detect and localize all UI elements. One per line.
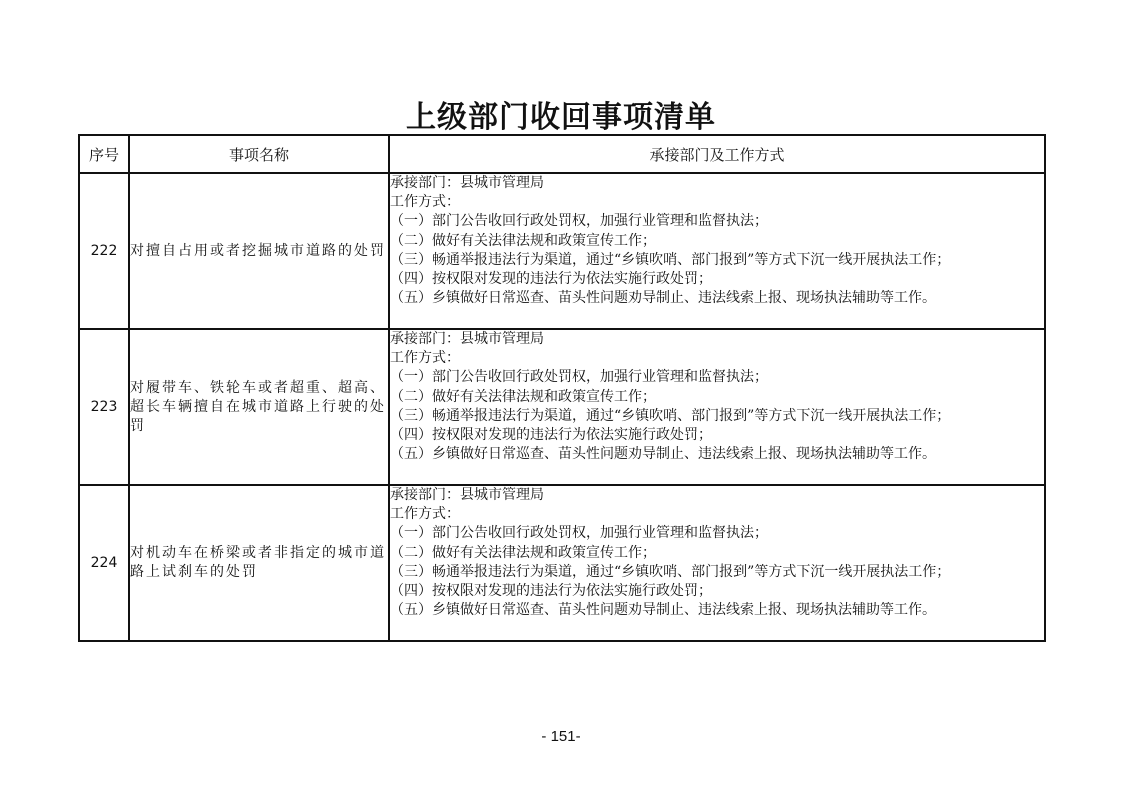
detail-item: （四）按权限对发现的违法行为依法实施行政处罚； — [390, 426, 1044, 445]
header-index: 序号 — [79, 135, 129, 173]
row-index: 224 — [79, 485, 129, 641]
detail-item: （二）做好有关法律法规和政策宣传工作； — [390, 388, 1044, 407]
table-row: 222 对擅自占用或者挖掘城市道路的处罚 承接部门：县城市管理局 工作方式： （… — [79, 173, 1045, 329]
row-name: 对履带车、铁轮车或者超重、超高、超长车辆擅自在城市道路上行驶的处罚 — [129, 329, 389, 485]
table-row: 224 对机动车在桥梁或者非指定的城市道路上试刹车的处罚 承接部门：县城市管理局… — [79, 485, 1045, 641]
header-name: 事项名称 — [129, 135, 389, 173]
detail-item: （二）做好有关法律法规和政策宣传工作； — [390, 544, 1044, 563]
row-index: 222 — [79, 173, 129, 329]
detail-dept: 承接部门：县城市管理局 — [390, 330, 1044, 349]
detail-dept: 承接部门：县城市管理局 — [390, 174, 1044, 193]
detail-item: （三）畅通举报违法行为渠道，通过“乡镇吹哨、部门报到”等方式下沉一线开展执法工作… — [390, 407, 1044, 426]
detail-method-label: 工作方式： — [390, 193, 1044, 212]
row-detail: 承接部门：县城市管理局 工作方式： （一）部门公告收回行政处罚权，加强行业管理和… — [389, 329, 1045, 485]
row-detail: 承接部门：县城市管理局 工作方式： （一）部门公告收回行政处罚权，加强行业管理和… — [389, 173, 1045, 329]
detail-item: （一）部门公告收回行政处罚权，加强行业管理和监督执法； — [390, 212, 1044, 231]
detail-item: （四）按权限对发现的违法行为依法实施行政处罚； — [390, 270, 1044, 289]
detail-item: （二）做好有关法律法规和政策宣传工作； — [390, 232, 1044, 251]
row-name: 对擅自占用或者挖掘城市道路的处罚 — [129, 173, 389, 329]
detail-item: （三）畅通举报违法行为渠道，通过“乡镇吹哨、部门报到”等方式下沉一线开展执法工作… — [390, 251, 1044, 270]
detail-item: （五）乡镇做好日常巡查、苗头性问题劝导制止、违法线索上报、现场执法辅助等工作。 — [390, 445, 1044, 464]
detail-method-label: 工作方式： — [390, 349, 1044, 368]
header-detail: 承接部门及工作方式 — [389, 135, 1045, 173]
detail-dept: 承接部门：县城市管理局 — [390, 486, 1044, 505]
row-index: 223 — [79, 329, 129, 485]
table-header-row: 序号 事项名称 承接部门及工作方式 — [79, 135, 1045, 173]
row-detail: 承接部门：县城市管理局 工作方式： （一）部门公告收回行政处罚权，加强行业管理和… — [389, 485, 1045, 641]
detail-item: （三）畅通举报违法行为渠道，通过“乡镇吹哨、部门报到”等方式下沉一线开展执法工作… — [390, 563, 1044, 582]
table-row: 223 对履带车、铁轮车或者超重、超高、超长车辆擅自在城市道路上行驶的处罚 承接… — [79, 329, 1045, 485]
row-name: 对机动车在桥梁或者非指定的城市道路上试刹车的处罚 — [129, 485, 389, 641]
detail-method-label: 工作方式： — [390, 505, 1044, 524]
detail-item: （四）按权限对发现的违法行为依法实施行政处罚； — [390, 582, 1044, 601]
page-number: - 151- — [0, 728, 1122, 745]
page-title: 上级部门收回事项清单 — [0, 92, 1122, 136]
detail-item: （一）部门公告收回行政处罚权，加强行业管理和监督执法； — [390, 524, 1044, 543]
detail-item: （五）乡镇做好日常巡查、苗头性问题劝导制止、违法线索上报、现场执法辅助等工作。 — [390, 601, 1044, 620]
detail-item: （一）部门公告收回行政处罚权，加强行业管理和监督执法； — [390, 368, 1044, 387]
detail-item: （五）乡镇做好日常巡查、苗头性问题劝导制止、违法线索上报、现场执法辅助等工作。 — [390, 289, 1044, 308]
items-table: 序号 事项名称 承接部门及工作方式 222 对擅自占用或者挖掘城市道路的处罚 承… — [78, 134, 1046, 642]
